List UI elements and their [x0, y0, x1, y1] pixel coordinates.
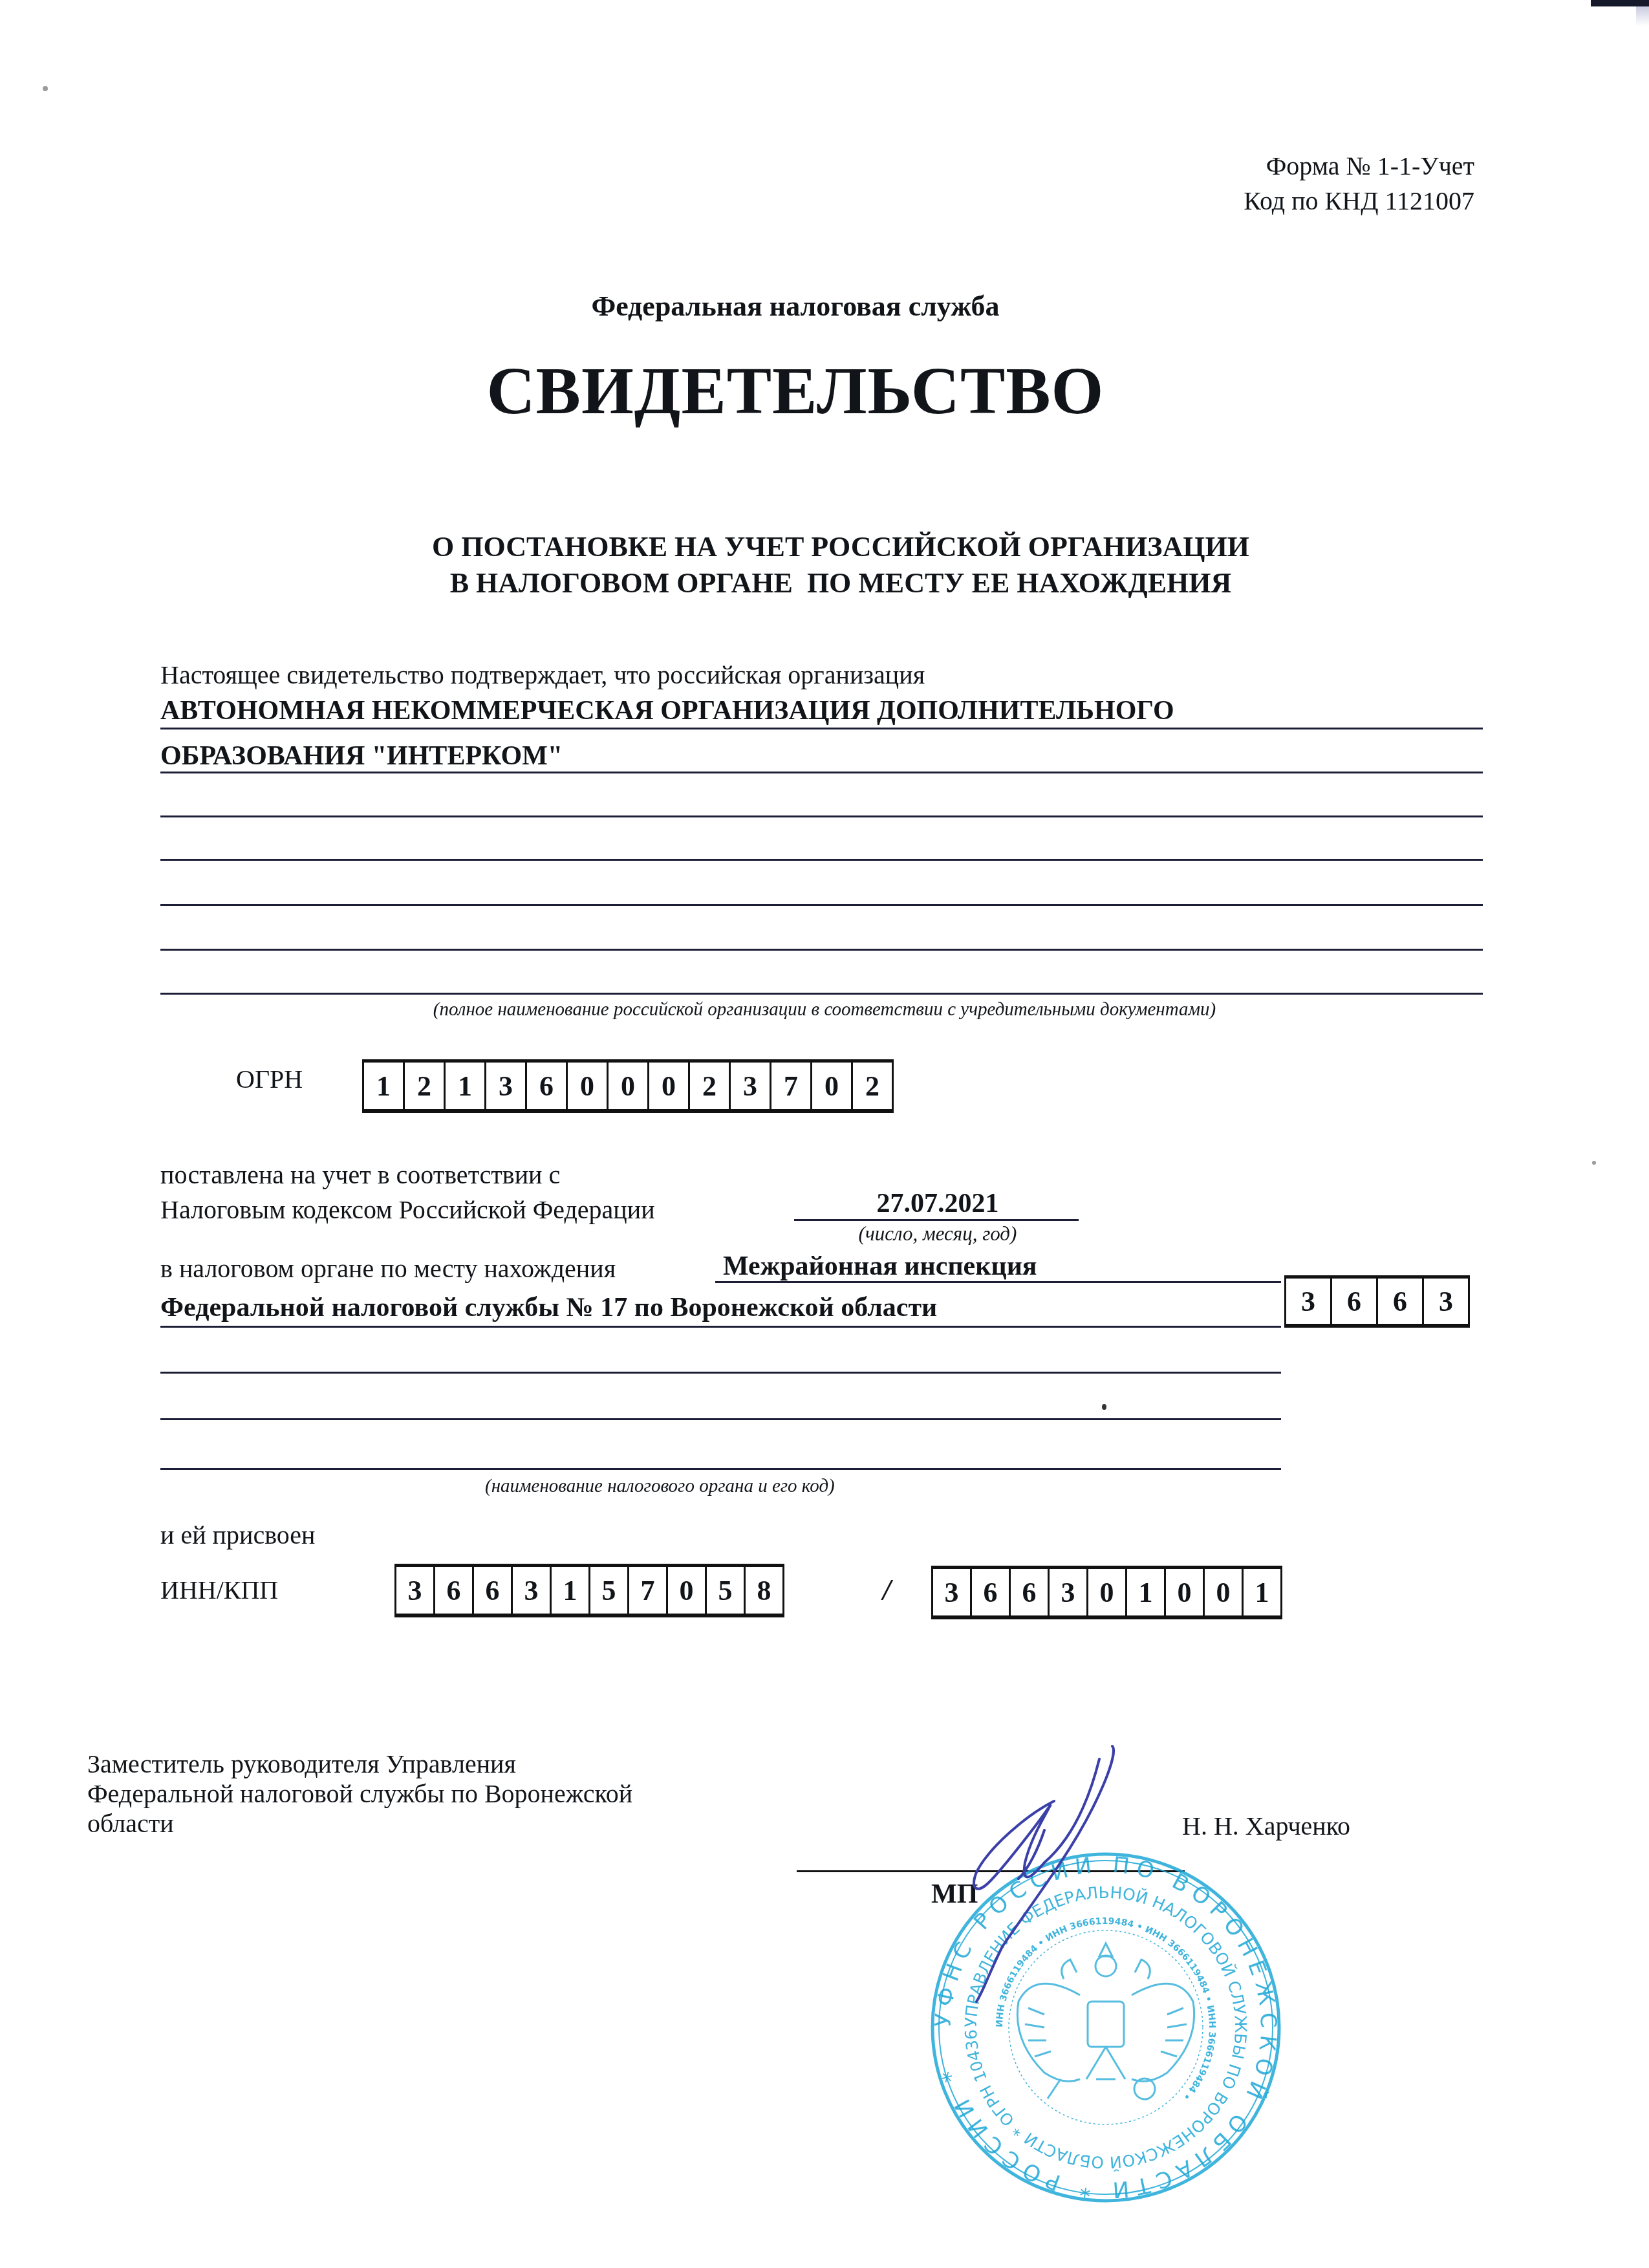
registration-date: 27.07.2021: [795, 1188, 1080, 1219]
document-subtitle: О ПОСТАНОВКЕ НА УЧЕТ РОССИЙСКОЙ ОРГАНИЗА…: [0, 529, 1649, 601]
field-line: [160, 728, 1483, 729]
kpp-digit: 3: [1050, 1569, 1088, 1615]
scan-edge-shadow: [1636, 6, 1649, 26]
agency-name: Федеральная налоговая служба: [0, 290, 1591, 323]
field-line: [160, 1418, 1281, 1420]
ogrn-digit: 1: [446, 1063, 486, 1109]
ogrn-digit: 0: [609, 1063, 649, 1109]
field-line: [160, 859, 1483, 861]
tax-authority-caption: (наименование налогового органа и его ко…: [485, 1476, 835, 1497]
org-name-line-2: ОБРАЗОВАНИЯ "ИНТЕРКОМ": [160, 740, 563, 772]
scan-edge-mark: [1591, 0, 1649, 6]
registration-line-2: Налоговым кодексом Российской Федерации: [160, 1194, 655, 1225]
ogrn-digit: 1: [364, 1063, 405, 1109]
inn-digit: 5: [590, 1567, 629, 1614]
signatory-position-line-1: Заместитель руководителя Управления: [87, 1749, 632, 1779]
org-name-line-1: АВТОНОМНАЯ НЕКОММЕРЧЕСКАЯ ОРГАНИЗАЦИЯ ДО…: [160, 695, 1174, 726]
ogrn-digit: 6: [527, 1063, 568, 1109]
ogrn-digit: 2: [405, 1063, 446, 1109]
intro-text: Настоящее свидетельство подтверждает, чт…: [160, 660, 925, 690]
kpp-field: 366301001: [931, 1566, 1282, 1619]
tax-authority-name-line-1: Межрайонная инспекция: [723, 1251, 1037, 1282]
ogrn-digit: 7: [771, 1063, 812, 1109]
kpp-digit: 1: [1244, 1569, 1280, 1615]
inn-kpp-separator: /: [883, 1573, 891, 1607]
ogrn-digit: 0: [649, 1063, 690, 1109]
inn-field: 3663157058: [394, 1564, 784, 1617]
field-line: [160, 993, 1483, 995]
signatory-position-line-2: Федеральной налоговой службы по Воронежс…: [87, 1779, 632, 1809]
ogrn-digit: 3: [486, 1063, 527, 1109]
ogrn-digit: 2: [690, 1063, 731, 1109]
inn-digit: 3: [396, 1567, 435, 1614]
field-line: [160, 1326, 1281, 1328]
inn-kpp-label: ИНН/КПП: [160, 1575, 278, 1605]
kpp-digit: 3: [933, 1569, 972, 1615]
kpp-digit: 6: [972, 1569, 1011, 1615]
signatory-name: Н. Н. Харченко: [1182, 1811, 1350, 1841]
field-line: [160, 772, 1483, 773]
tax-authority-prefix: в налоговом органе по месту нахождения: [160, 1253, 616, 1284]
field-line: [715, 1281, 1281, 1283]
ogrn-digit: 0: [812, 1063, 853, 1109]
subtitle-line-2: В НАЛОГОВОМ ОРГАНЕ ПО МЕСТУ ЕЕ НАХОЖДЕНИ…: [0, 565, 1649, 601]
ogrn-digit: 2: [853, 1063, 892, 1109]
kpp-digit: 6: [1011, 1569, 1050, 1615]
ogrn-digit: 0: [568, 1063, 609, 1109]
tax-authority-code-digit: 3: [1424, 1279, 1468, 1324]
field-line: [160, 815, 1483, 817]
inn-digit: 3: [513, 1567, 552, 1614]
inn-digit: 1: [552, 1567, 590, 1614]
date-caption: (число, месяц, год): [795, 1222, 1080, 1246]
signatory-position-line-3: области: [87, 1809, 632, 1839]
inn-digit: 0: [668, 1567, 707, 1614]
tax-authority-name-line-2: Федеральной налоговой службы № 17 по Вор…: [160, 1292, 937, 1323]
tax-authority-code-digit: 6: [1378, 1279, 1424, 1324]
ogrn-digit: 3: [731, 1063, 771, 1109]
field-line: [794, 1219, 1079, 1221]
inn-digit: 6: [474, 1567, 513, 1614]
registration-line-1: поставлена на учет в соответствии с: [160, 1160, 560, 1190]
kpp-digit: 0: [1166, 1569, 1205, 1615]
form-number: Форма № 1-1-Учет: [1244, 149, 1474, 184]
inn-digit: 6: [435, 1567, 474, 1614]
field-line: [160, 1372, 1281, 1374]
signatory-position: Заместитель руководителя Управления Феде…: [87, 1749, 632, 1839]
scan-speck: [43, 86, 48, 91]
knd-code: Код по КНД 1121007: [1244, 184, 1474, 219]
tax-authority-code-digit: 6: [1332, 1279, 1378, 1324]
tax-authority-code-digit: 3: [1286, 1279, 1332, 1324]
scan-speck: [1102, 1404, 1106, 1410]
signature-icon: [905, 1733, 1164, 2005]
inn-digit: 8: [746, 1567, 782, 1614]
field-line: [160, 949, 1483, 951]
inn-digit: 5: [707, 1567, 746, 1614]
subtitle-line-1: О ПОСТАНОВКЕ НА УЧЕТ РОССИЙСКОЙ ОРГАНИЗА…: [0, 529, 1649, 565]
kpp-digit: 0: [1088, 1569, 1127, 1615]
field-line: [160, 904, 1483, 906]
inn-digit: 7: [629, 1567, 668, 1614]
ogrn-label: ОГРН: [236, 1064, 303, 1094]
ogrn-field: 1213600023702: [362, 1059, 894, 1113]
field-line: [160, 1468, 1281, 1470]
scan-speck: [1592, 1161, 1596, 1165]
org-name-caption: (полное наименование российской организа…: [0, 999, 1649, 1021]
tax-authority-code-field: 3663: [1284, 1275, 1470, 1328]
kpp-digit: 0: [1205, 1569, 1244, 1615]
assigned-label: и ей присвоен: [160, 1520, 315, 1550]
kpp-digit: 1: [1127, 1569, 1166, 1615]
page-title: СВИДЕТЕЛЬСТВО: [0, 352, 1591, 429]
form-meta: Форма № 1-1-Учет Код по КНД 1121007: [1244, 149, 1474, 219]
